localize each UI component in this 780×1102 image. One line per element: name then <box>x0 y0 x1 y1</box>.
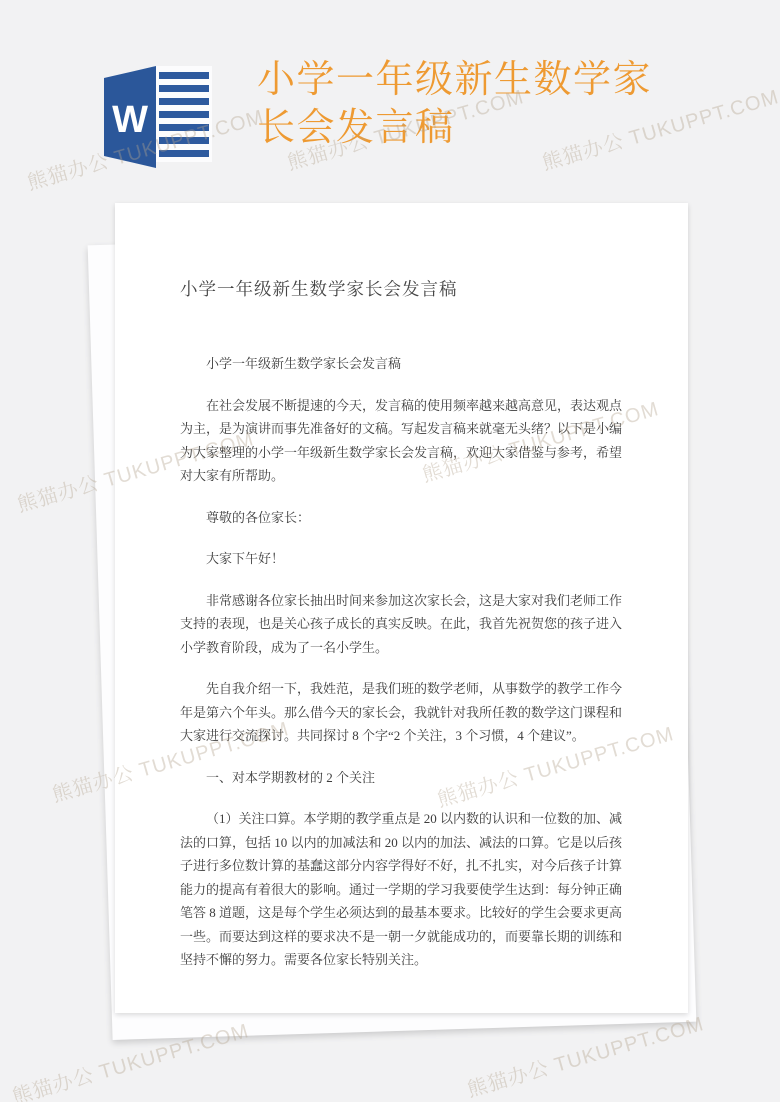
doc-section-heading: 一、对本学期教材的 2 个关注 <box>180 766 627 790</box>
doc-paragraph-oral-math: （1）关注口算。本学期的教学重点是 20 以内数的认识和一位数的加、减法的口算，… <box>180 807 627 972</box>
preview-canvas: W 小学一年级新生数学家长会发言稿 小学一年级新生数学家长会发言稿 小学一年级新… <box>0 0 780 1102</box>
doc-subtitle-line: 小学一年级新生数学家长会发言稿 <box>180 352 627 376</box>
document-page: 小学一年级新生数学家长会发言稿 小学一年级新生数学家长会发言稿 在社会发展不断提… <box>115 203 688 1013</box>
doc-paragraph-intro: 在社会发展不断提速的今天，发言稿的使用频率越来越高意见，表达观点为主，是为演讲而… <box>180 394 627 488</box>
page-title: 小学一年级新生数学家长会发言稿 <box>180 276 627 302</box>
word-file-icon: W <box>104 64 216 170</box>
doc-paragraph-self-intro: 先自我介绍一下，我姓范，是我们班的数学老师，从事数学的教学工作今年是第六个年头。… <box>180 677 627 748</box>
doc-greeting: 大家下午好！ <box>180 547 627 571</box>
doc-paragraph-thanks: 非常感谢各位家长抽出时间来参加这次家长会，这是大家对我们老师工作支持的表现，也是… <box>180 589 627 660</box>
doc-salutation: 尊敬的各位家长： <box>180 506 627 530</box>
document-header-title: 小学一年级新生数学家长会发言稿 <box>257 56 669 152</box>
word-icon-letter: W <box>112 99 148 141</box>
